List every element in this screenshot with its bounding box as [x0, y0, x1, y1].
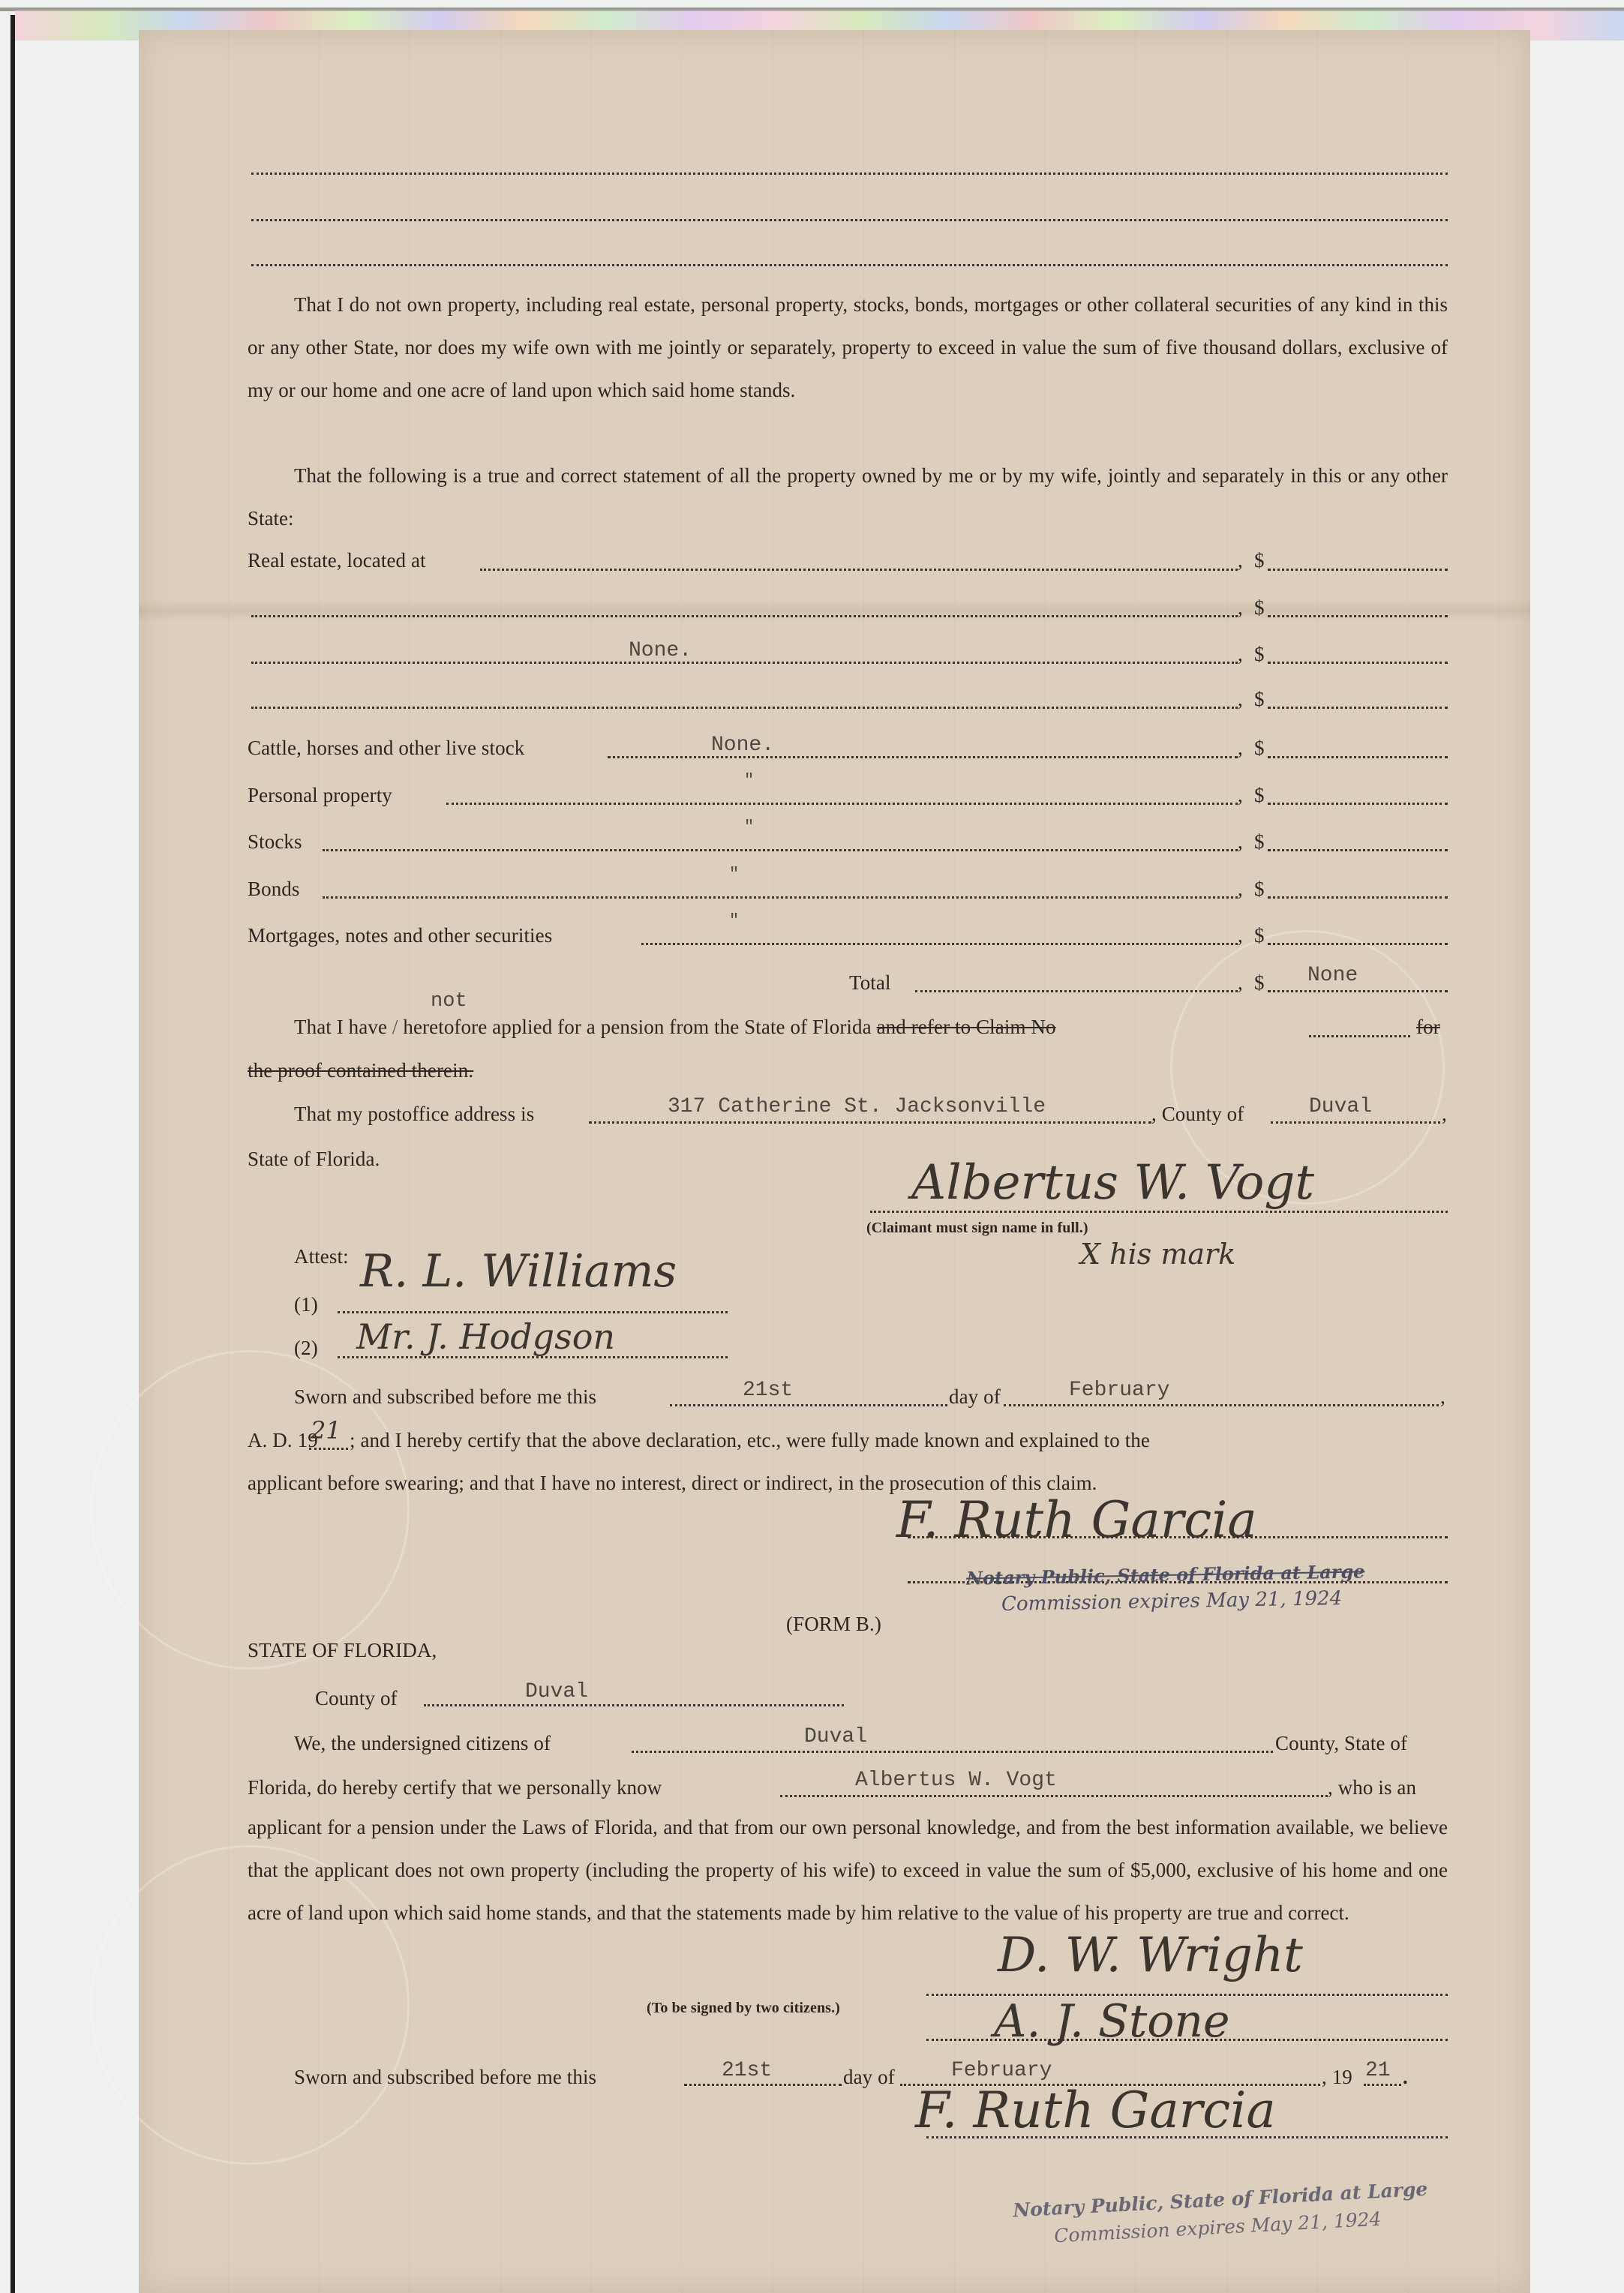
dollar-sign: $ — [1254, 923, 1265, 948]
claimant-caption: (Claimant must sign name in full.) — [866, 1215, 1088, 1241]
form-b-oath-label: Sworn and subscribed before me this — [294, 2064, 596, 2090]
property-row-label: Stocks — [248, 829, 302, 854]
property-row-label: Real estate, located at — [248, 548, 426, 573]
claimant-signature-line[interactable] — [870, 1211, 1448, 1213]
address-field[interactable] — [589, 1121, 1151, 1124]
struck-claim-reference: and refer to Claim No — [877, 1016, 1056, 1038]
comma: , — [1238, 686, 1243, 712]
comma: , — [1238, 970, 1243, 995]
blank-line[interactable] — [251, 173, 1448, 175]
property-amount-field[interactable] — [1268, 756, 1448, 758]
comma: , — [1238, 548, 1243, 573]
oath-year-field[interactable] — [309, 1448, 348, 1450]
dollar-sign: $ — [1254, 735, 1265, 761]
property-row-value: None. — [711, 734, 774, 757]
form-b-year-suffix: . — [1403, 2064, 1408, 2090]
ditto-mark: " — [744, 771, 754, 790]
property-row-field[interactable] — [251, 615, 1238, 617]
citizens-county-field[interactable] — [632, 1751, 1273, 1753]
form-b-notary-line[interactable] — [926, 2136, 1448, 2138]
property-amount-field[interactable] — [1268, 943, 1448, 945]
comma: , — [1238, 735, 1243, 761]
oath-day-value: 21st — [743, 1379, 793, 1402]
county-value: Duval — [1309, 1095, 1372, 1118]
comma: , — [1238, 923, 1243, 948]
blank-line[interactable] — [251, 219, 1448, 221]
claimant-signature: Albertus W. Vogt — [911, 1155, 1314, 1211]
citizens-suffix: County, State of — [1275, 1730, 1407, 1756]
oath-year-value: 21 — [311, 1416, 341, 1445]
form-b-county-field[interactable] — [424, 1704, 844, 1706]
form-b-year-field[interactable] — [1364, 2084, 1401, 2086]
notary-signature-line[interactable] — [908, 1536, 1448, 1538]
witness-2-number: (2) — [294, 1335, 318, 1361]
property-amount-field[interactable] — [1268, 803, 1448, 805]
struck-for: for — [1416, 1014, 1440, 1040]
scanner-left-edge — [11, 15, 15, 2293]
property-amount-field[interactable] — [1268, 896, 1448, 899]
property-row-field[interactable] — [446, 803, 1238, 805]
address-label: That my postoffice address is — [294, 1101, 534, 1127]
insert-caret: / — [392, 1016, 398, 1038]
property-row-field[interactable] — [251, 662, 1238, 664]
applicant-value: Albertus W. Vogt — [855, 1769, 1057, 1792]
property-amount-field[interactable] — [1268, 849, 1448, 851]
ad-label: A. D. 19 — [248, 1427, 318, 1453]
witness-2-signature: Mr. J. Hodgson — [356, 1316, 615, 1357]
dollar-sign: $ — [1254, 548, 1265, 573]
property-amount-field[interactable] — [1268, 707, 1448, 709]
ditto-mark: " — [729, 865, 739, 884]
property-row-label: Bonds — [248, 876, 300, 902]
form-b-oath-month-value: February — [951, 2059, 1052, 2082]
form-b-title: (FORM B.) — [786, 1611, 881, 1637]
form-b-oath-day-value: 21st — [722, 2059, 772, 2082]
state-of-florida: State of Florida. — [248, 1146, 380, 1172]
county-field[interactable] — [1271, 1121, 1440, 1124]
paper-fold — [139, 600, 1530, 621]
claim-line: That I have / heretofore applied for a p… — [294, 1014, 1056, 1040]
know-label: Florida, do hereby certify that we perso… — [248, 1775, 662, 1800]
dollar-sign: $ — [1254, 829, 1265, 854]
comma: , — [1442, 1101, 1447, 1127]
property-row-field[interactable] — [641, 943, 1238, 945]
dollar-sign: $ — [1254, 641, 1265, 667]
day-of-label: day of — [949, 1384, 1001, 1409]
property-row-field[interactable] — [251, 707, 1238, 709]
total-field[interactable] — [915, 990, 1238, 992]
property-amount-field[interactable] — [1268, 615, 1448, 617]
comma: , — [1238, 595, 1243, 620]
statement-paragraph: That the following is a true and correct… — [248, 455, 1448, 540]
comma: , — [1440, 1384, 1445, 1409]
witness-1-number: (1) — [294, 1292, 318, 1317]
form-b-day-of-label: day of — [843, 2064, 895, 2090]
struck-proof-line: the proof contained therein. — [248, 1058, 473, 1083]
form-b-county-value: Duval — [525, 1680, 588, 1703]
oath-month-value: February — [1069, 1379, 1169, 1402]
witness-1-line[interactable] — [338, 1311, 728, 1313]
witness-2-line[interactable] — [338, 1356, 728, 1358]
property-row-field[interactable] — [608, 756, 1238, 758]
ditto-mark: " — [744, 818, 754, 836]
applicant-field[interactable] — [780, 1795, 1328, 1797]
form-b-year-value: 21 — [1365, 2059, 1391, 2082]
total-amount: None — [1307, 964, 1358, 987]
form-b-body: applicant for a pension under the Laws o… — [248, 1806, 1448, 1934]
form-b-county-label: County of — [315, 1685, 398, 1711]
oath-day-field[interactable] — [670, 1404, 947, 1406]
notary-signature-form-b: F. Ruth Garcia — [915, 2081, 1276, 2139]
property-paragraph: That I do not own property, including re… — [248, 284, 1448, 412]
dollar-sign: $ — [1254, 595, 1265, 620]
total-amount-field[interactable] — [1268, 990, 1448, 992]
address-value: 317 Catherine St. Jacksonville — [668, 1095, 1046, 1118]
citizens-county-value: Duval — [804, 1725, 867, 1748]
property-row-value: None. — [629, 639, 692, 662]
property-row-field[interactable] — [323, 849, 1238, 851]
property-row-label: Personal property — [248, 782, 392, 808]
sign-caption: (To be signed by two citizens.) — [647, 1995, 840, 2021]
oath-label: Sworn and subscribed before me this — [294, 1384, 596, 1409]
claim-text-before: That I have — [294, 1016, 387, 1038]
ditto-mark: " — [729, 911, 739, 930]
county-label: , County of — [1151, 1101, 1244, 1127]
witness-1-signature: R. L. Williams — [360, 1245, 677, 1298]
notary-signature-form-a: F. Ruth Garcia — [896, 1491, 1257, 1549]
dollar-sign: $ — [1254, 686, 1265, 712]
property-row-label: Mortgages, notes and other securities — [248, 923, 552, 948]
claim-number-field[interactable] — [1309, 1035, 1410, 1037]
property-amount-field[interactable] — [1268, 569, 1448, 571]
dollar-sign: $ — [1254, 876, 1265, 902]
inserted-word-not: not — [431, 990, 467, 1013]
citizen-signature-1: D. W. Wright — [998, 1928, 1303, 1983]
comma: , — [1238, 876, 1243, 902]
form-b-oath-day-field[interactable] — [684, 2084, 842, 2086]
know-suffix: , who is an — [1328, 1775, 1416, 1800]
property-row-field[interactable] — [323, 896, 1238, 899]
total-label: Total — [849, 970, 891, 995]
blank-line[interactable] — [251, 264, 1448, 266]
comma: , — [1238, 782, 1243, 808]
certify-text: ; and I hereby certify that the above de… — [350, 1427, 1150, 1453]
citizen-signature-line-2[interactable] — [926, 2039, 1448, 2041]
dollar-sign: $ — [1254, 782, 1265, 808]
oath-month-field[interactable] — [1004, 1404, 1439, 1406]
comma: , — [1238, 829, 1243, 854]
comma: , — [1238, 641, 1243, 667]
his-mark-note: X his mark — [1080, 1238, 1235, 1271]
dollar-sign: $ — [1254, 970, 1265, 995]
citizens-label: We, the undersigned citizens of — [294, 1730, 551, 1756]
claim-text-after: heretofore applied for a pension from th… — [403, 1016, 871, 1038]
form-b-state: STATE OF FLORIDA, — [248, 1637, 437, 1663]
property-row-label: Cattle, horses and other live stock — [248, 735, 524, 761]
attest-label: Attest: — [294, 1244, 349, 1269]
property-amount-field[interactable] — [1268, 662, 1448, 664]
form-b-year-prefix: , 19 — [1322, 2064, 1352, 2090]
property-row-field[interactable] — [480, 569, 1238, 571]
